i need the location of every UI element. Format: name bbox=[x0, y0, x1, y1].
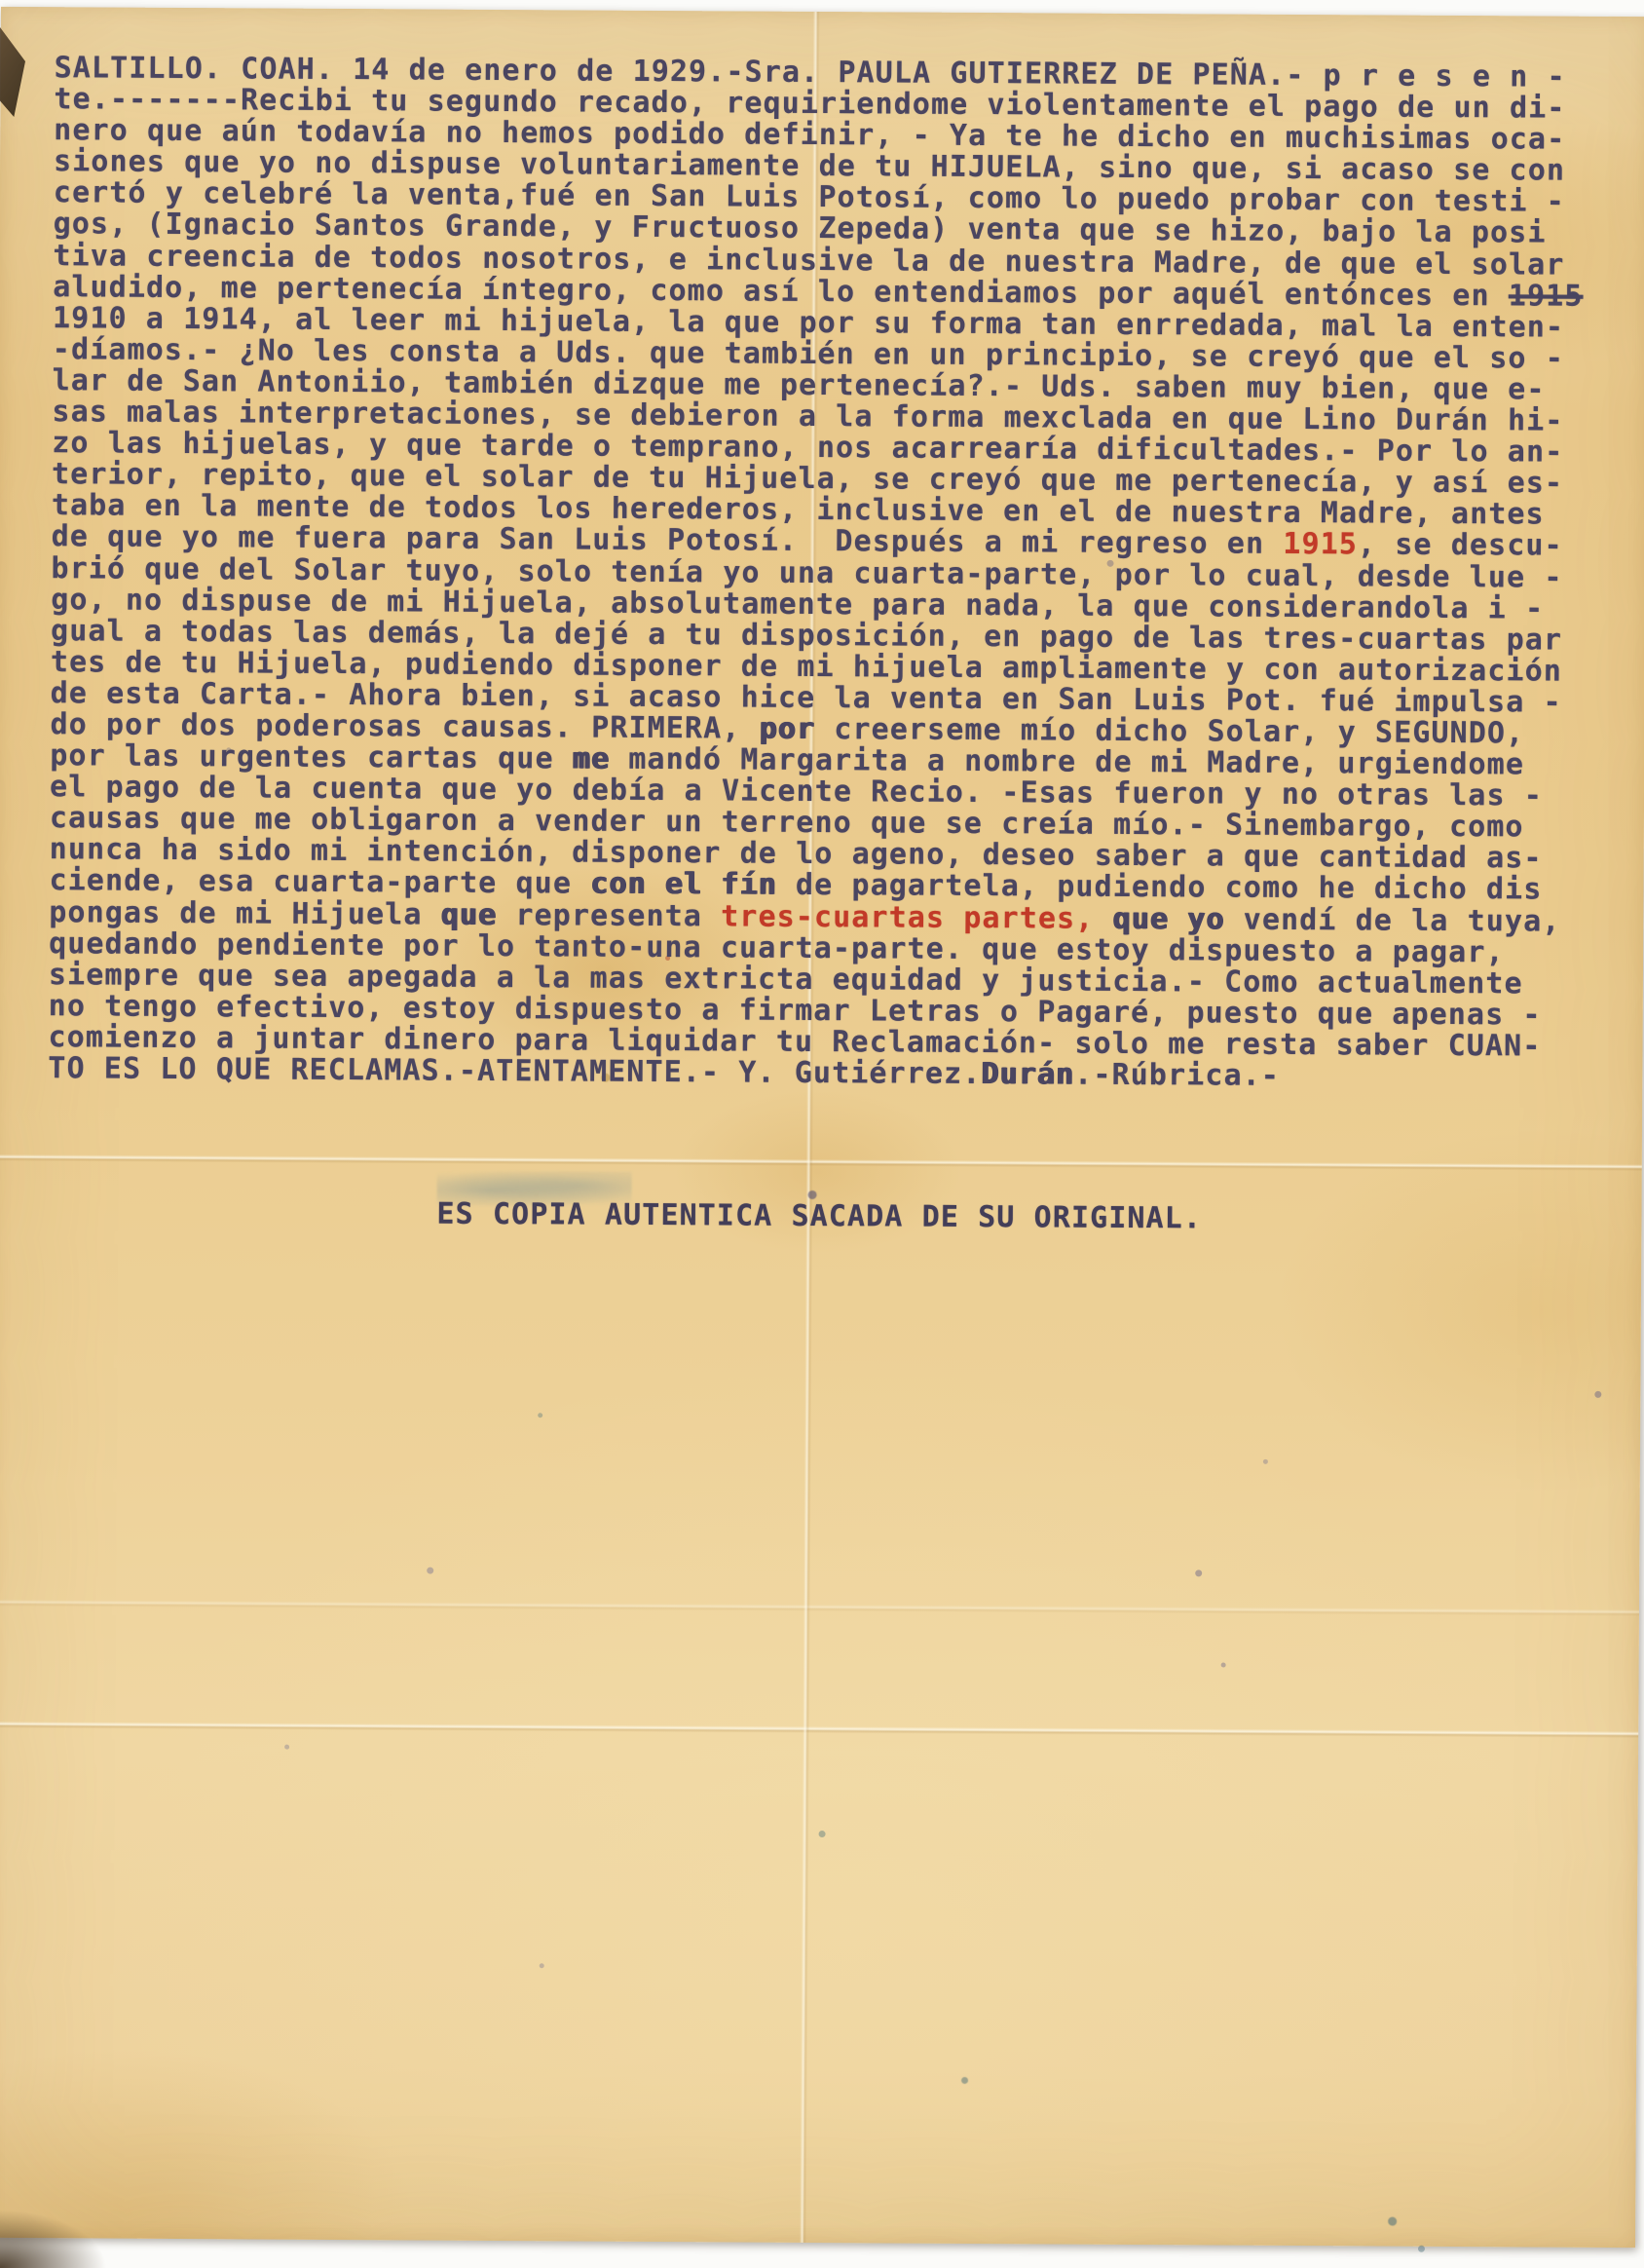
red-ink-text: 1915 bbox=[1283, 527, 1358, 561]
typed-text: me bbox=[573, 742, 611, 776]
horizontal-fold-crease-1 bbox=[0, 1154, 1642, 1171]
aged-paper-sheet: SALTILLO. COAH. 14 de enero de 1929.-Sra… bbox=[0, 7, 1644, 2248]
typed-text: que bbox=[441, 897, 498, 931]
horizontal-fold-crease-3 bbox=[0, 1721, 1638, 1738]
typed-text: TO ES LO QUE RECLAMAS.-ATENTAMENTE.- Y. … bbox=[48, 1051, 981, 1091]
horizontal-fold-crease-2 bbox=[0, 1600, 1639, 1616]
typed-text: que yo bbox=[1112, 901, 1224, 936]
typed-text: representa bbox=[497, 898, 721, 933]
typed-text: , se descu- bbox=[1358, 528, 1563, 563]
ink-specks bbox=[1, 7, 6, 12]
typed-text: .-Rúbrica.- bbox=[1074, 1058, 1280, 1093]
copy-certification-line: ES COPIA AUTENTICA SACADA DE SU ORIGINAL… bbox=[436, 1197, 1202, 1236]
typed-text: con el fín bbox=[590, 867, 777, 902]
struck-text: 1915 bbox=[1509, 279, 1584, 313]
typed-text: Durán bbox=[981, 1057, 1074, 1092]
typed-text: por bbox=[760, 712, 816, 746]
letter-body: SALTILLO. COAH. 14 de enero de 1929.-Sra… bbox=[48, 53, 1617, 1094]
bottom-left-corner-shadow bbox=[0, 2210, 107, 2268]
typed-text bbox=[1094, 901, 1112, 935]
scanned-letter-page: SALTILLO. COAH. 14 de enero de 1929.-Sra… bbox=[0, 0, 1644, 2268]
